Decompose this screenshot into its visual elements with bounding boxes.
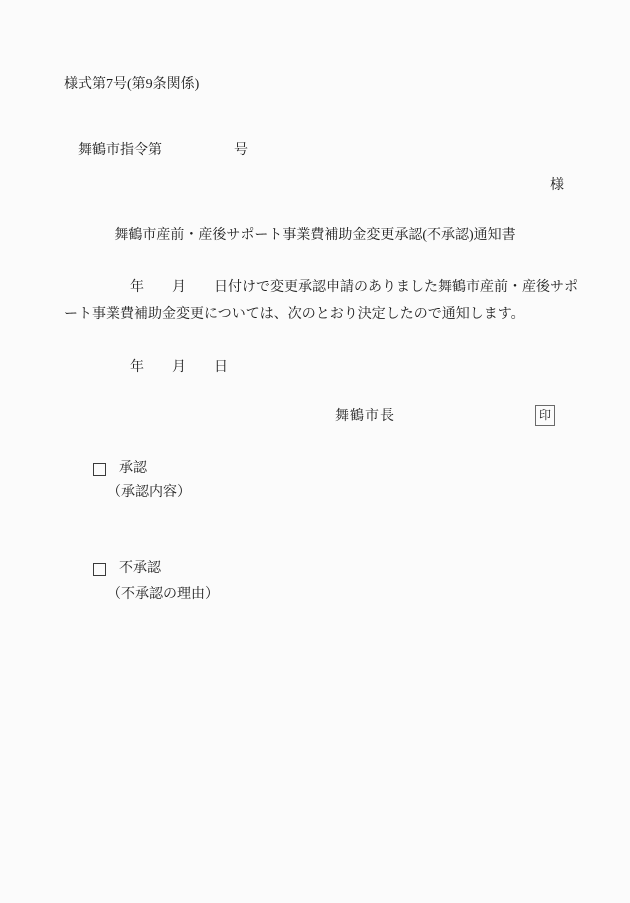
directive-suffix: 号 <box>234 143 248 158</box>
disapproval-checkbox[interactable] <box>93 563 106 576</box>
disapproval-detail-label: （不承認の理由） <box>107 587 219 603</box>
decision-date-line: 年 月 日 <box>130 360 228 376</box>
approval-detail-label: （承認内容） <box>107 485 191 501</box>
addressee-honorific: 様 <box>550 178 564 194</box>
approval-option-row: 承認 <box>93 461 147 477</box>
disapproval-label: 不承認 <box>119 561 161 577</box>
seal-placeholder-box: 印 <box>535 405 555 426</box>
document-title: 舞鶴市産前・産後サポート事業費補助金変更承認(不承認)通知書 <box>0 228 630 244</box>
body-line-1: 年 月 日付けで変更承認申請のありました舞鶴市産前・産後サポ <box>130 280 578 296</box>
disapproval-option-row: 不承認 <box>93 561 161 577</box>
seal-label: 印 <box>539 408 551 422</box>
body-line-2: ート事業費補助金変更については、次のとおり決定したので通知します。 <box>64 307 525 323</box>
approval-checkbox[interactable] <box>93 463 106 476</box>
form-number: 様式第7号(第9条関係) <box>64 77 199 93</box>
document-page: 様式第7号(第9条関係) 舞鶴市指令第号 様 舞鶴市産前・産後サポート事業費補助… <box>0 0 630 903</box>
directive-prefix: 舞鶴市指令第 <box>78 143 162 158</box>
issuer-name: 舞鶴市長 <box>335 409 395 425</box>
approval-label: 承認 <box>119 461 147 477</box>
directive-number-line: 舞鶴市指令第号 <box>64 127 248 175</box>
